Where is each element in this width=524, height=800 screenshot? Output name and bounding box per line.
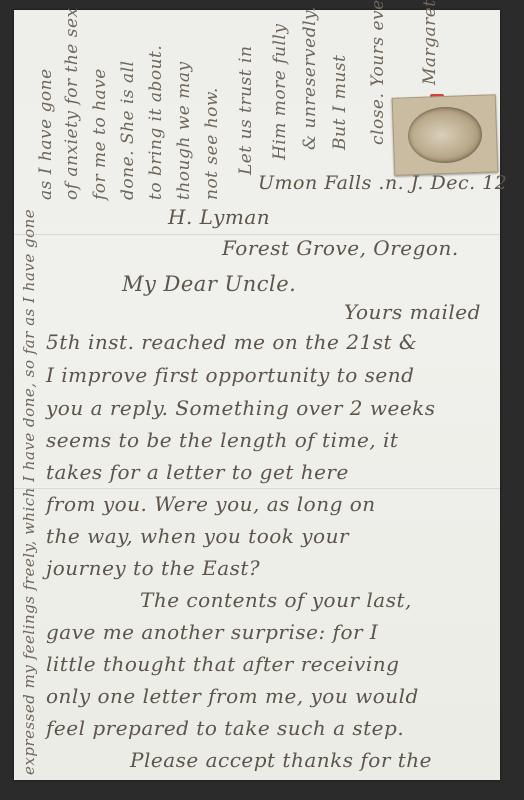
recipient-location: Forest Grove, Oregon.	[222, 236, 459, 260]
body-line: Yours mailed	[344, 300, 481, 324]
cross-written-line: as I have gone	[36, 68, 56, 200]
body-line: gave me another surprise: for I	[46, 620, 378, 644]
paper-fold-line	[14, 487, 500, 489]
cross-written-line: Let us trust in	[236, 46, 256, 175]
portrait-photograph	[392, 94, 499, 176]
cross-written-line: close. Yours ever,	[368, 0, 388, 145]
cross-written-line: though we may	[174, 61, 194, 200]
body-line: little thought that after receiving	[46, 652, 399, 676]
body-line: seems to be the length of time, it	[46, 428, 398, 452]
body-line: feel prepared to take such a step.	[46, 716, 404, 740]
cross-written-line: to bring it about.	[146, 45, 166, 200]
body-line: The contents of your last,	[140, 588, 412, 612]
letter-dateline: Umon Falls .n. J. Dec. 12	[258, 172, 507, 194]
body-line: 5th inst. reached me on the 21st &	[46, 330, 417, 354]
cross-written-line: Him more fully	[270, 24, 290, 160]
cross-written-line: & unreservedly.	[300, 6, 320, 150]
cross-written-line: But I must	[330, 55, 350, 150]
body-line: journey to the East?	[46, 556, 260, 580]
body-line: you a reply. Something over 2 weeks	[46, 396, 436, 420]
paper-fold-line	[14, 233, 500, 235]
cross-written-line: not see how.	[202, 87, 222, 200]
body-line: Please accept thanks for the	[130, 748, 432, 772]
body-line: takes for a letter to get here	[46, 460, 349, 484]
portrait-oval	[407, 106, 483, 165]
body-line: I improve first opportunity to send	[46, 363, 414, 387]
cross-written-line: for me to have	[90, 68, 110, 200]
cross-written-line: done. She is all	[118, 60, 138, 200]
body-line: only one letter from me, you would	[46, 684, 419, 708]
margin-note-vertical: expressed my feelings freely, which I ha…	[20, 209, 38, 775]
cross-written-line: of anxiety for the sex	[62, 7, 82, 200]
signature: Margaret.	[420, 0, 440, 85]
body-line: from you. Were you, as long on	[46, 492, 376, 516]
body-line: the way, when you took your	[46, 524, 349, 548]
salutation: My Dear Uncle.	[122, 272, 296, 296]
recipient-name: H. Lyman	[168, 205, 270, 229]
